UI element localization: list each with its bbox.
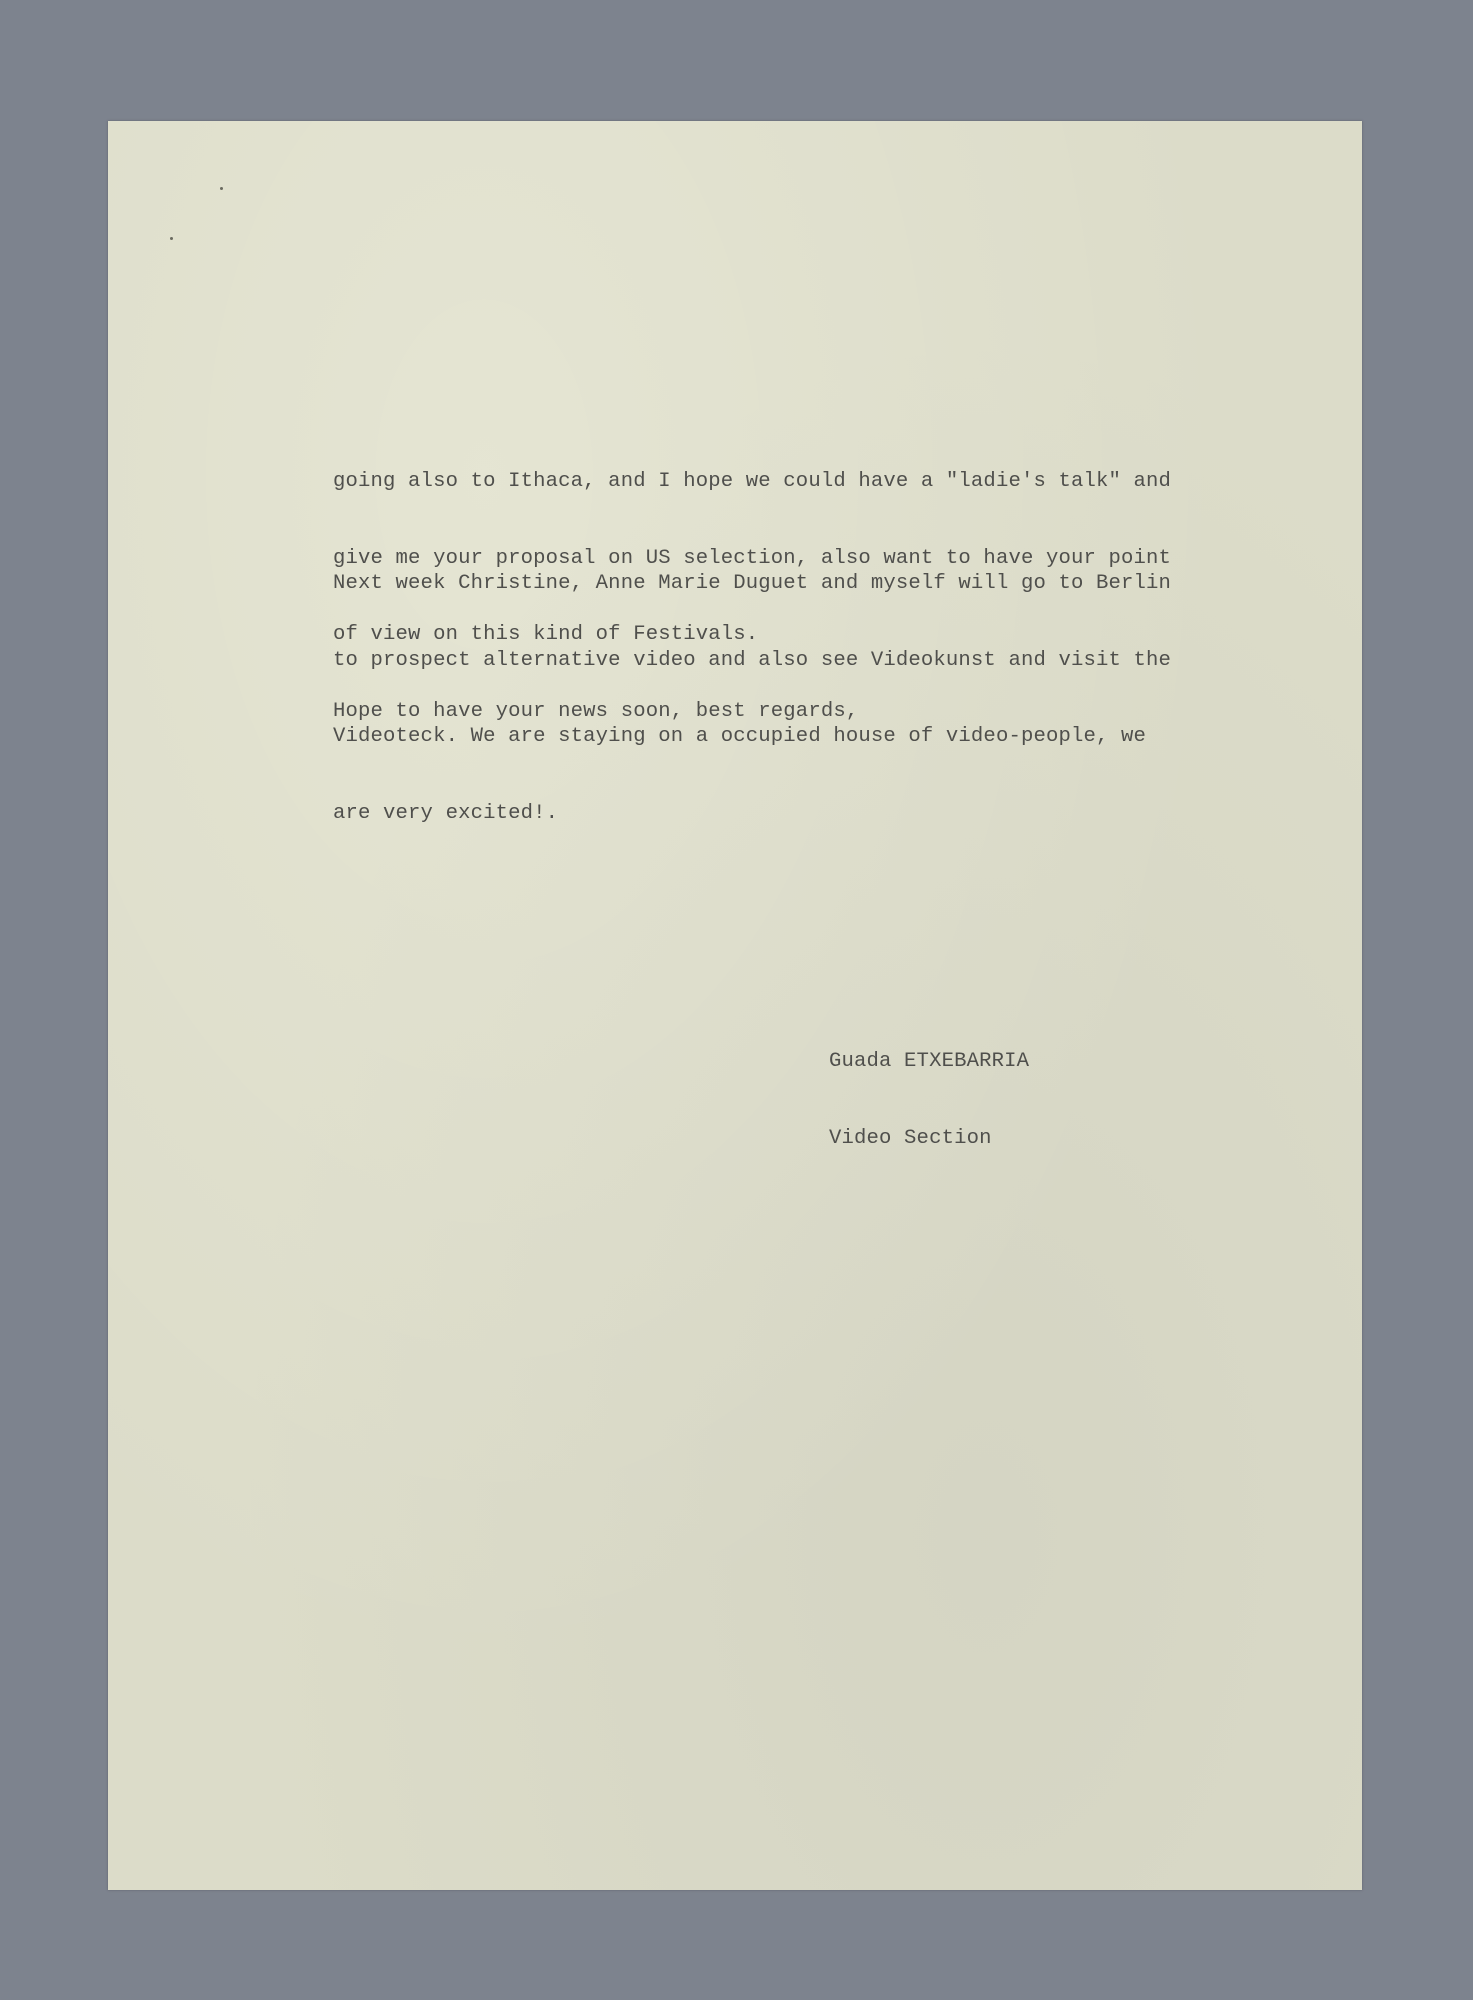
paper-speck <box>170 237 173 240</box>
signature-block: Guada ETXEBARRIA Video Section <box>829 998 1029 1202</box>
signature-title: Video Section <box>829 1126 1029 1152</box>
closing-line: Hope to have your news soon, best regard… <box>333 648 858 776</box>
text-line: going also to Ithaca, and I hope we coul… <box>333 469 1171 495</box>
text-line: Next week Christine, Anne Marie Duguet a… <box>333 571 1171 597</box>
signature-name: Guada ETXEBARRIA <box>829 1049 1029 1075</box>
letter-page: going also to Ithaca, and I hope we coul… <box>108 121 1362 1890</box>
text-line: Hope to have your news soon, best regard… <box>333 699 858 725</box>
paper-speck <box>220 187 223 190</box>
text-line: are very excited!. <box>333 801 1171 827</box>
